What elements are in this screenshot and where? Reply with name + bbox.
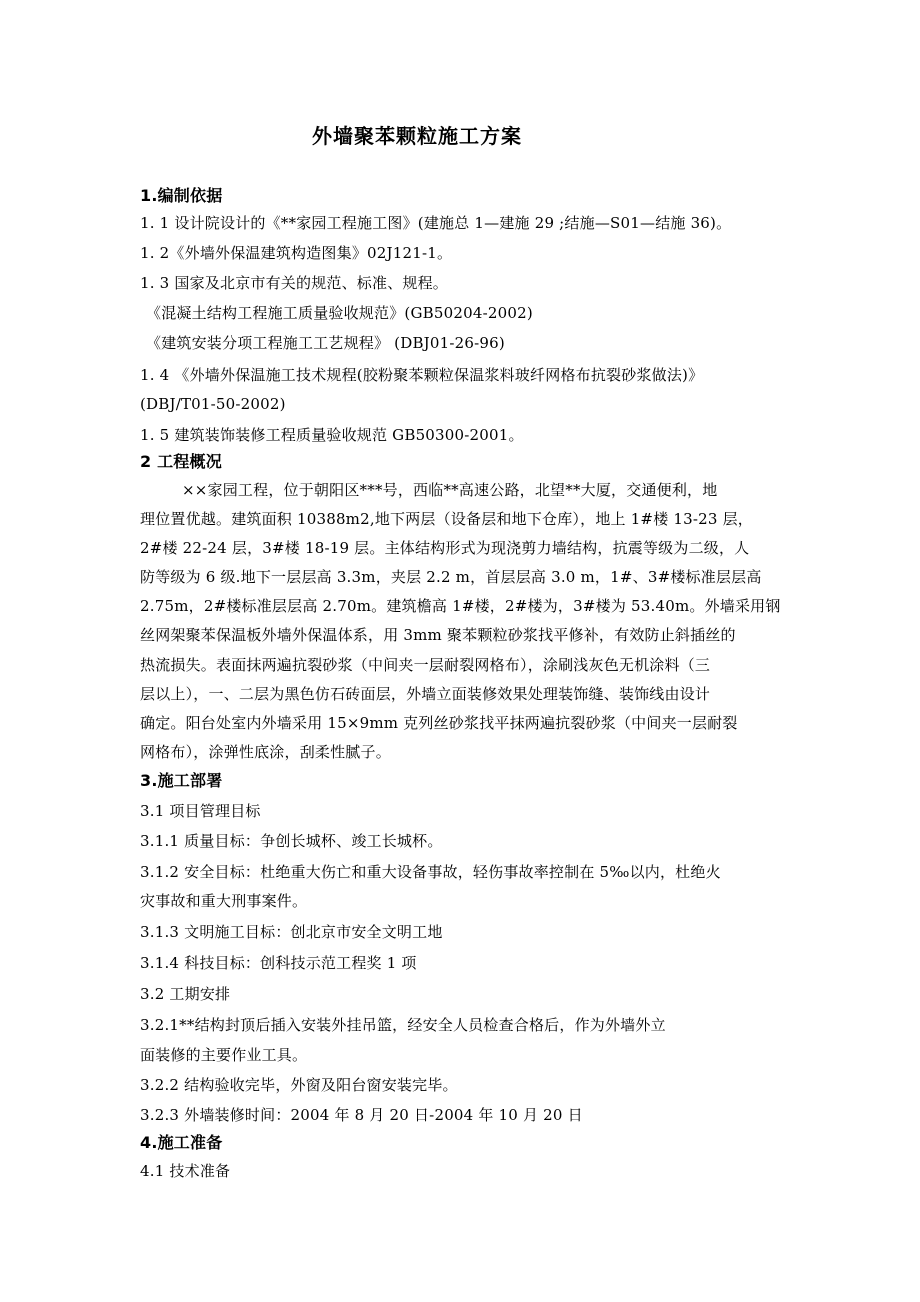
section-heading-3: 3.施工部署: [140, 771, 222, 791]
list-item-3-1: 3.1 项目管理目标: [140, 801, 261, 821]
paragraph-line: 理位置优越。建筑面积 10388m2,地下两层（设备层和地下仓库），地上 1#楼…: [140, 509, 753, 529]
paragraph-line: 防等级为 6 级.地下一层层高 3.3m，夹层 2.2 m，首层层高 3.0 m…: [140, 567, 762, 587]
list-item-3-2-3: 3.2.3 外墙装修时间：2004 年 8 月 20 日-2004 年 10 月…: [140, 1105, 583, 1125]
document-title: 外墙聚苯颗粒施工方案: [312, 120, 522, 149]
list-item-3-1-3: 3.1.3 文明施工目标：创北京市安全文明工地: [140, 922, 443, 942]
paragraph-line: 层以上），一、二层为黑色仿石砖面层，外墙立面装修效果处理装饰缝、装饰线由设计: [140, 684, 710, 704]
list-item-3-1-4: 3.1.4 科技目标：创科技示范工程奖 1 项: [140, 953, 417, 973]
section-heading-2: 2 工程概况: [140, 452, 222, 472]
list-item-4-1: 4.1 技术准备: [140, 1161, 230, 1181]
list-item-3-1-2: 3.1.2 安全目标：杜绝重大伤亡和重大设备事故，轻伤事故率控制在 5‰以内，杜…: [140, 862, 721, 882]
paragraph-line: 确定。阳台处室内外墙采用 15×9mm 克列丝砂浆找平抹两遍抗裂砂浆（中间夹一层…: [140, 713, 738, 733]
list-item-1-3-b: 《建筑安装分项工程施工工艺规程》 (DBJ01-26-96): [146, 333, 505, 353]
paragraph-line: 2#楼 22-24 层，3#楼 18-19 层。主体结构形式为现浇剪力墙结构，抗…: [140, 538, 749, 558]
list-item-3-2-1: 3.2.1**结构封顶后插入安装外挂吊篮，经安全人员检查合格后，作为外墙外立: [140, 1015, 666, 1035]
section-heading-1: 1.编制依据: [140, 186, 222, 206]
list-item-3-2-2: 3.2.2 结构验收完毕，外窗及阳台窗安装完毕。: [140, 1075, 458, 1095]
paragraph-line: 热流损失。表面抹两遍抗裂砂浆（中间夹一层耐裂网格布），涂刷浅灰色无机涂料（三: [140, 655, 710, 675]
list-item-1-1: 1. 1 设计院设计的《**家园工程施工图》(建施总 1—建施 29 ;结施—S…: [140, 213, 731, 233]
list-item-3-1-1: 3.1.1 质量目标：争创长城杯、竣工长城杯。: [140, 831, 443, 851]
list-item-1-3: 1. 3 国家及北京市有关的规范、标准、规程。: [140, 273, 448, 293]
paragraph-line: 2.75m，2#楼标准层层高 2.70m。建筑檐高 1#楼，2#楼为，3#楼为 …: [140, 596, 781, 616]
list-item-1-4: 1. 4 《外墙外保温施工技术规程(胶粉聚苯颗粒保温浆料玻纤网格布抗裂砂浆做法)…: [140, 365, 703, 385]
list-item-1-3-a: 《混凝土结构工程施工质量验收规范》(GB50204-2002): [146, 303, 533, 323]
list-item-1-2: 1. 2《外墙外保温建筑构造图集》02J121-1。: [140, 243, 452, 263]
list-item-3-2: 3.2 工期安排: [140, 984, 230, 1004]
list-item-3-2-1-cont: 面装修的主要作业工具。: [140, 1045, 307, 1065]
paragraph-line: ××家园工程，位于朝阳区***号，西临**高速公路，北望**大厦，交通便利，地: [182, 480, 717, 500]
list-item-3-1-2-cont: 灾事故和重大刑事案件。: [140, 891, 307, 911]
list-item-1-5: 1. 5 建筑装饰装修工程质量验收规范 GB50300-2001。: [140, 425, 524, 445]
paragraph-line: 网格布），涂弹性底涂，刮柔性腻子。: [140, 742, 391, 762]
paragraph-line: 丝网架聚苯保温板外墙外保温体系，用 3mm 聚苯颗粒砂浆找平修补，有效防止斜插丝…: [140, 625, 736, 645]
list-item-1-4-cont: (DBJ/T01-50-2002): [140, 394, 286, 414]
section-heading-4: 4.施工准备: [140, 1133, 222, 1153]
